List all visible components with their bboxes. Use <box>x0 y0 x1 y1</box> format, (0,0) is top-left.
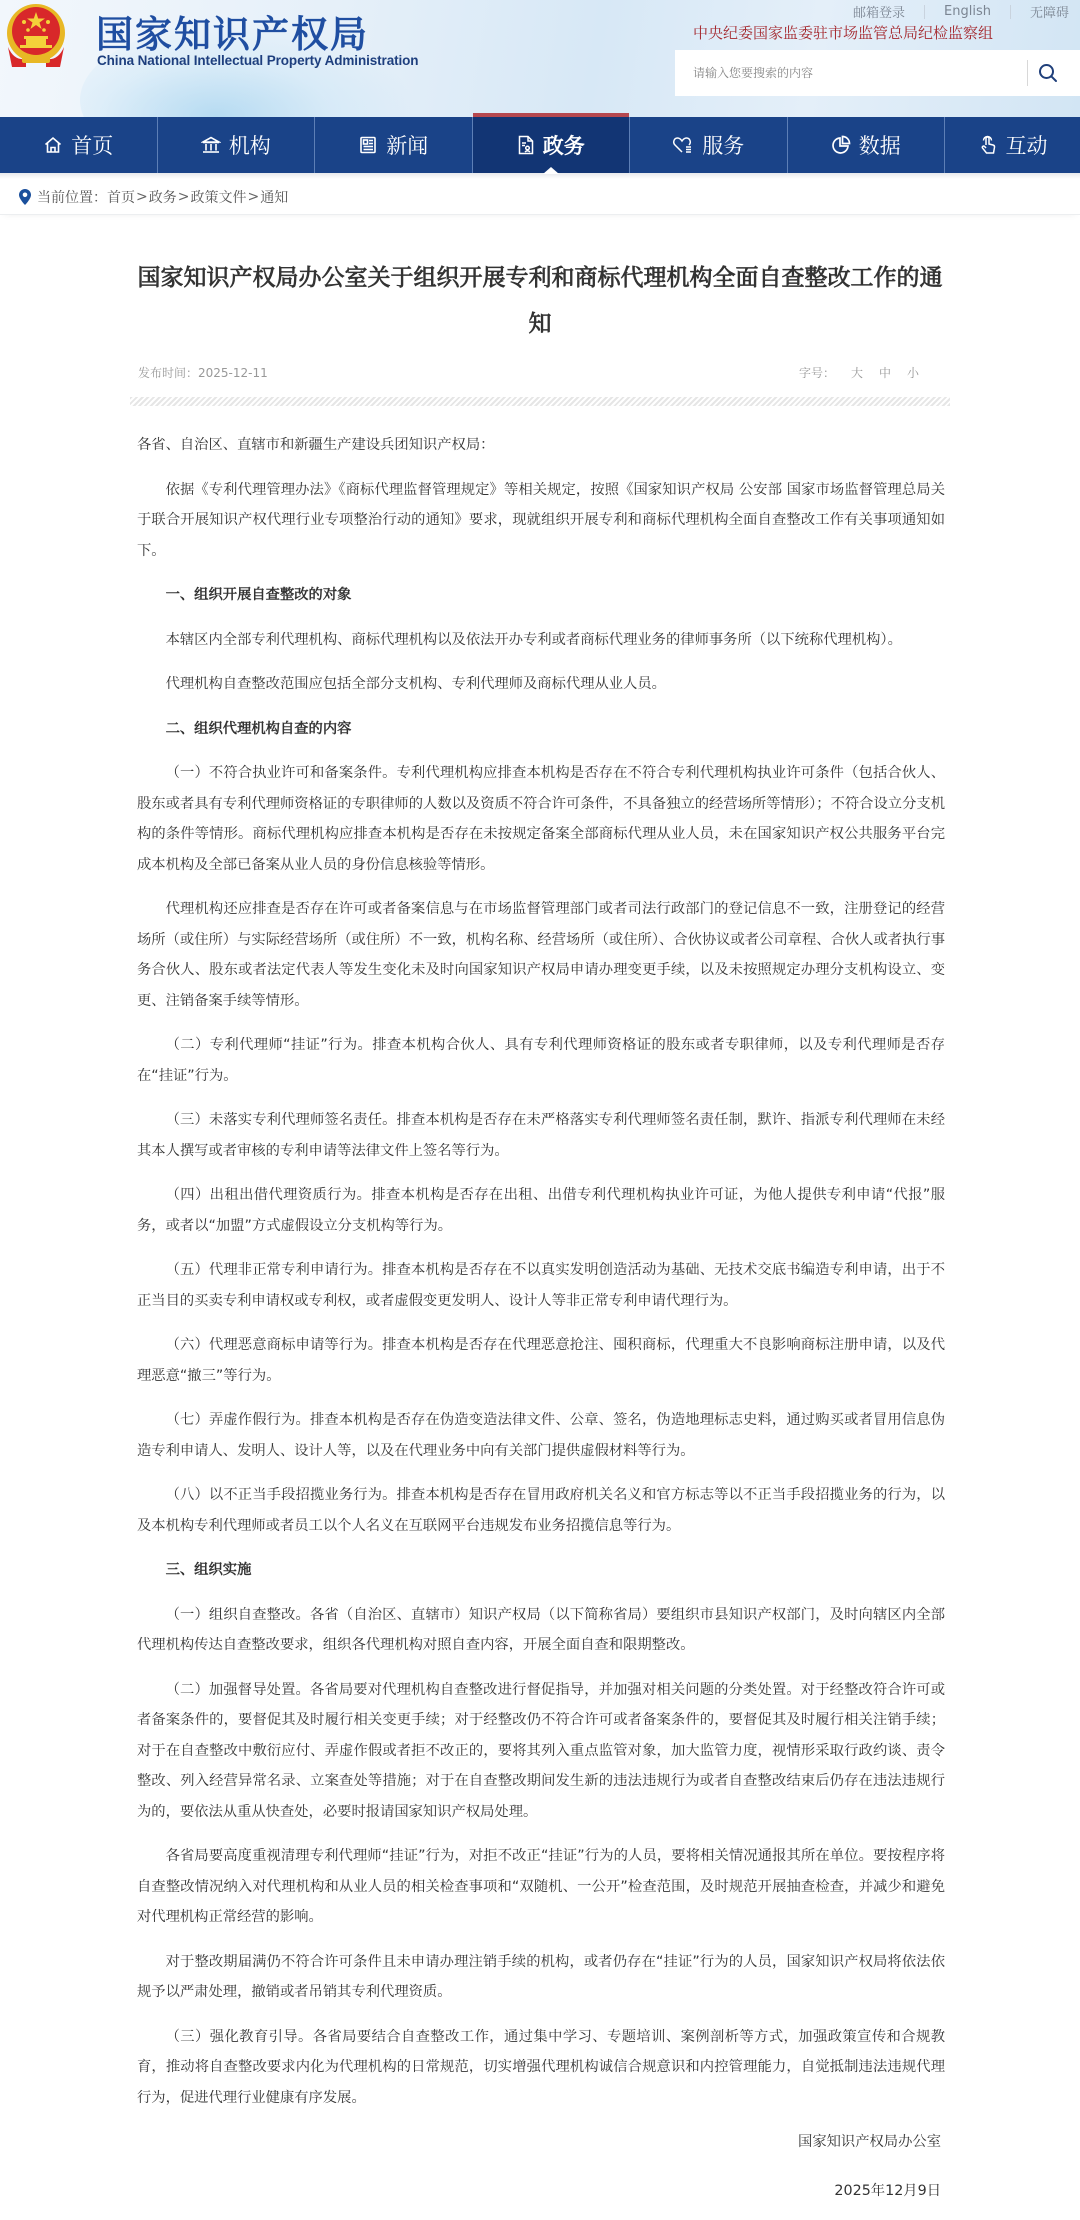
breadcrumb-notices[interactable]: 通知 <box>260 187 288 207</box>
nav-label: 新闻 <box>386 130 428 160</box>
font-size-large-button[interactable]: 大 <box>851 364 863 381</box>
paragraph: （四）出租出借代理资质行为。排查本机构是否存在出租、出借专利代理机构执业许可证，… <box>137 1180 945 1241</box>
breadcrumb-separator: > <box>246 189 260 205</box>
site-header: 国家知识产权局 China National Intellectual Prop… <box>0 0 1080 117</box>
font-size-control: 字号： 大 中 小 <box>799 364 919 381</box>
paragraph: 代理机构还应排查是否存在许可或者备案信息与在市场监督管理部门或者司法行政部门的登… <box>137 894 945 1016</box>
location-pin-icon <box>19 189 31 205</box>
search-box <box>675 50 1080 96</box>
article: 国家知识产权局办公室关于组织开展专利和商标代理机构全面自查整改工作的通知 发布时… <box>130 255 950 2206</box>
nav-item-interaction[interactable]: 互动 <box>945 117 1080 173</box>
font-size-small-button[interactable]: 小 <box>907 364 919 381</box>
paragraph: 对于整改期届满仍不符合许可条件且未申请办理注销手续的机构，或者仍存在“挂证”行为… <box>137 1947 945 2008</box>
publish-info: 发布时间：2025-12-11 <box>138 364 268 381</box>
article-body: 各省、自治区、直辖市和新疆生产建设兵团知识产权局： 依据《专利代理管理办法》《商… <box>130 430 950 2206</box>
breadcrumb-separator: > <box>135 189 149 205</box>
search-icon <box>1038 63 1058 83</box>
section-heading: 二、组织代理机构自查的内容 <box>137 714 945 745</box>
pie-chart-icon <box>831 135 851 155</box>
nav-item-data[interactable]: 数据 <box>788 117 946 173</box>
salutation: 各省、自治区、直辖市和新疆生产建设兵团知识产权局： <box>137 430 945 461</box>
nav-label: 互动 <box>1006 130 1048 160</box>
breadcrumb-policy-documents[interactable]: 政策文件 <box>190 187 246 207</box>
publish-date: 2025-12-11 <box>198 366 268 380</box>
nav-label: 首页 <box>71 130 113 160</box>
article-meta: 发布时间：2025-12-11 字号： 大 中 小 <box>130 364 950 381</box>
hatched-divider <box>130 397 950 406</box>
news-icon <box>358 135 378 155</box>
site-logo-chinese[interactable]: 国家知识产权局 <box>96 4 369 58</box>
breadcrumb-government-affairs[interactable]: 政务 <box>149 187 177 207</box>
paragraph: （六）代理恶意商标申请等行为。排查本机构是否存在代理恶意抢注、囤积商标，代理重大… <box>137 1330 945 1391</box>
document-icon <box>517 135 535 155</box>
paragraph: （七）弄虚作假行为。排查本机构是否存在伪造变造法律文件、公章、签名，伪造地理标志… <box>137 1405 945 1466</box>
paragraph: （一）组织自查整改。各省（自治区、直辖市）知识产权局（以下简称省局）要组织市县知… <box>137 1600 945 1661</box>
breadcrumb-prefix: 当前位置： <box>37 187 107 207</box>
mail-login-link[interactable]: 邮箱登录 <box>834 2 924 21</box>
nav-label: 数据 <box>859 130 901 160</box>
main-nav: 首页 机构 新闻 政务 服务 数据 互动 <box>0 117 1080 173</box>
paragraph: 本辖区内全部专利代理机构、商标代理机构以及依法开办专利或者商标代理业务的律师事务… <box>137 625 945 656</box>
breadcrumb-separator: > <box>177 189 191 205</box>
section-heading: 三、组织实施 <box>137 1555 945 1586</box>
site-logo-english[interactable]: China National Intellectual Property Adm… <box>97 53 418 68</box>
english-link[interactable]: English <box>925 4 1010 19</box>
nav-item-news[interactable]: 新闻 <box>315 117 473 173</box>
paragraph: 各省局要高度重视清理专利代理师“挂证”行为，对拒不改正“挂证”行为的人员，要将相… <box>137 1841 945 1933</box>
paragraph: （三）未落实专利代理师签名责任。排查本机构是否存在未严格落实专利代理师签名责任制… <box>137 1105 945 1166</box>
search-button[interactable] <box>1028 50 1068 96</box>
paragraph: （八）以不正当手段招揽业务行为。排查本机构是否存在冒用政府机关名义和官方标志等以… <box>137 1480 945 1541</box>
signature: 国家知识产权局办公室 <box>137 2127 945 2158</box>
service-heart-icon <box>672 135 694 155</box>
hand-pointer-icon <box>978 135 998 155</box>
search-input[interactable] <box>675 50 1015 96</box>
nav-shadow <box>0 173 1080 179</box>
nav-label: 机构 <box>229 130 271 160</box>
supervision-link[interactable]: 中央纪委国家监委驻市场监管总局纪检监察组 <box>693 22 993 43</box>
signature-date: 2025年12月9日 <box>137 2176 945 2207</box>
font-size-medium-button[interactable]: 中 <box>879 364 891 381</box>
section-heading: 一、组织开展自查整改的对象 <box>137 580 945 611</box>
font-size-label: 字号： <box>799 364 835 381</box>
paragraph: （五）代理非正常专利申请行为。排查本机构是否存在不以真实发明创造活动为基础、无技… <box>137 1255 945 1316</box>
nav-label: 政务 <box>543 130 585 160</box>
nav-item-institution[interactable]: 机构 <box>158 117 316 173</box>
nav-item-government-affairs[interactable]: 政务 <box>473 117 631 173</box>
article-title: 国家知识产权局办公室关于组织开展专利和商标代理机构全面自查整改工作的通知 <box>130 255 950 347</box>
paragraph: 代理机构自查整改范围应包括全部分支机构、专利代理师及商标代理从业人员。 <box>137 669 945 700</box>
breadcrumb: 当前位置： 首页 > 政务 > 政策文件 > 通知 <box>0 179 1080 215</box>
paragraph: 依据《专利代理管理办法》《商标代理监督管理规定》等相关规定，按照《国家知识产权局… <box>137 475 945 567</box>
national-emblem-icon <box>4 3 68 71</box>
nav-label: 服务 <box>702 130 744 160</box>
paragraph: （一）不符合执业许可和备案条件。专利代理机构应排查本机构是否存在不符合专利代理机… <box>137 758 945 880</box>
home-icon <box>43 135 63 155</box>
paragraph: （三）强化教育引导。各省局要结合自查整改工作，通过集中学习、专题培训、案例剖析等… <box>137 2022 945 2114</box>
paragraph: （二）专利代理师“挂证”行为。排查本机构合伙人、具有专利代理师资格证的股东或者专… <box>137 1030 945 1091</box>
paragraph: （二）加强督导处置。各省局要对代理机构自查整改进行督促指导，并加强对相关问题的分… <box>137 1675 945 1828</box>
accessibility-link[interactable]: 无障碍 <box>1011 2 1080 21</box>
breadcrumb-home[interactable]: 首页 <box>107 187 135 207</box>
nav-item-home[interactable]: 首页 <box>0 117 158 173</box>
top-links: 邮箱登录 English 无障碍 <box>834 2 1080 21</box>
institution-icon <box>201 135 221 155</box>
publish-label: 发布时间： <box>138 366 198 380</box>
nav-item-service[interactable]: 服务 <box>630 117 788 173</box>
